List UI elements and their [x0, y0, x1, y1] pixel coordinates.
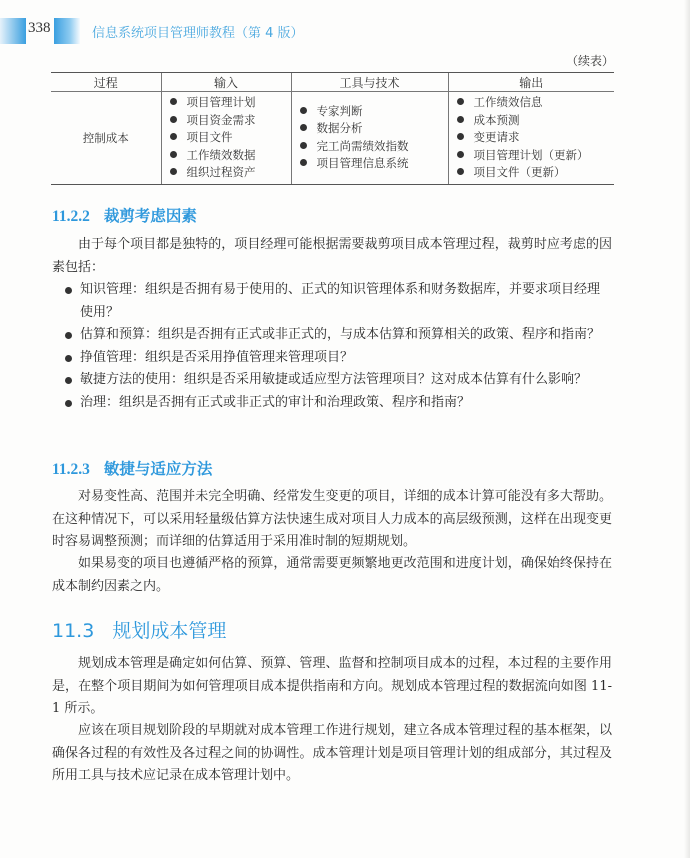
column-header-outputs: 输出	[448, 73, 614, 92]
section-heading-11-2-2: 11.2.2裁剪考虑因素	[52, 204, 197, 226]
list-item: 估算和预算：组织是否拥有正式或非正式的，与成本估算和预算相关的政策、程序和指南？	[52, 324, 612, 347]
tailoring-factors-list: 知识管理：组织是否拥有易于使用的、正式的知识管理体系和财务数据库，并要求项目经理…	[52, 279, 612, 414]
bullet-icon	[65, 355, 72, 362]
list-item: 项目文件	[170, 129, 291, 147]
list-item: 完工尚需绩效指数	[300, 138, 448, 156]
page-edge-shadow	[684, 0, 690, 858]
inputs-cell: 项目管理计划 项目资金需求 项目文件 工作绩效数据 组织过程资产	[161, 92, 291, 185]
table-continued-label: （续表）	[566, 52, 614, 69]
bullet-icon	[65, 287, 72, 294]
bullet-icon	[300, 159, 307, 166]
list-item: 组织过程资产	[170, 164, 291, 182]
bullet-icon	[457, 98, 464, 105]
section-heading-11-2-3: 11.2.3敏捷与适应方法	[52, 457, 212, 479]
paragraph: 对易变性高、范围并未完全明确、经常发生变更的项目，详细的成本计算可能没有多大帮助…	[52, 486, 612, 554]
list-item: 专家判断	[300, 103, 448, 121]
column-header-process: 过程	[51, 73, 161, 92]
running-header: 338 信息系统项目管理师教程（第 4 版）	[0, 18, 690, 44]
tools-cell: 专家判断 数据分析 完工尚需绩效指数 项目管理信息系统	[291, 92, 448, 185]
bullet-icon	[300, 142, 307, 149]
paragraph: 规划成本管理是确定如何估算、预算、管理、监督和控制项目成本的过程，本过程的主要作…	[52, 653, 612, 721]
bullet-icon	[457, 168, 464, 175]
list-item: 成本预测	[457, 112, 615, 130]
list-item: 挣值管理：组织是否采用挣值管理来管理项目？	[52, 347, 612, 370]
list-item: 知识管理：组织是否拥有易于使用的、正式的知识管理体系和财务数据库，并要求项目经理…	[52, 279, 612, 324]
list-item: 工作绩效信息	[457, 94, 615, 112]
paragraph: 应该在项目规划阶段的早期就对成本管理工作进行规划，建立各成本管理过程的基本框架，…	[52, 720, 612, 788]
bullet-icon	[65, 332, 72, 339]
paragraph: 如果易变的项目也遵循严格的预算，通常需要更频繁地更改范围和进度计划，确保始终保持…	[52, 553, 612, 598]
bullet-icon	[65, 377, 72, 384]
list-item: 项目管理计划（更新）	[457, 147, 615, 165]
bullet-icon	[457, 116, 464, 123]
bullet-icon	[170, 98, 177, 105]
page-number: 338	[28, 20, 51, 37]
process-table: 过程 输入 工具与技术 输出 控制成本 项目管理计划 项目资金需求 项目文件 工…	[51, 72, 614, 185]
bullet-icon	[457, 133, 464, 140]
bullet-icon	[300, 107, 307, 114]
outputs-cell: 工作绩效信息 成本预测 变更请求 项目管理计划（更新） 项目文件（更新）	[448, 92, 614, 185]
process-cell: 控制成本	[51, 92, 161, 185]
paragraph: 由于每个项目都是独特的，项目经理可能根据需要裁剪项目成本管理过程，裁剪时应考虑的…	[52, 234, 612, 279]
bullet-icon	[170, 133, 177, 140]
bullet-icon	[170, 168, 177, 175]
header-color-bar-right	[54, 18, 80, 44]
list-item: 变更请求	[457, 129, 615, 147]
table-row: 控制成本 项目管理计划 项目资金需求 项目文件 工作绩效数据 组织过程资产 专家…	[51, 92, 614, 185]
book-title: 信息系统项目管理师教程（第 4 版）	[92, 22, 304, 41]
bullet-icon	[300, 124, 307, 131]
list-item: 项目资金需求	[170, 112, 291, 130]
list-item: 敏捷方法的使用：组织是否采用敏捷或适应型方法管理项目？这对成本估算有什么影响？	[52, 369, 612, 392]
list-item: 项目文件（更新）	[457, 164, 615, 182]
bullet-icon	[65, 400, 72, 407]
table-header-row: 过程 输入 工具与技术 输出	[51, 73, 614, 92]
list-item: 工作绩效数据	[170, 147, 291, 165]
section-heading-11-3: 11.3规划成本管理	[52, 616, 226, 643]
list-item: 项目管理信息系统	[300, 155, 448, 173]
header-color-bar-left	[0, 18, 26, 44]
bullet-icon	[170, 116, 177, 123]
list-item: 项目管理计划	[170, 94, 291, 112]
bullet-icon	[457, 151, 464, 158]
column-header-inputs: 输入	[161, 73, 291, 92]
bullet-icon	[170, 151, 177, 158]
column-header-tools: 工具与技术	[291, 73, 448, 92]
list-item: 数据分析	[300, 120, 448, 138]
list-item: 治理：组织是否拥有正式或非正式的审计和治理政策、程序和指南？	[52, 392, 612, 415]
